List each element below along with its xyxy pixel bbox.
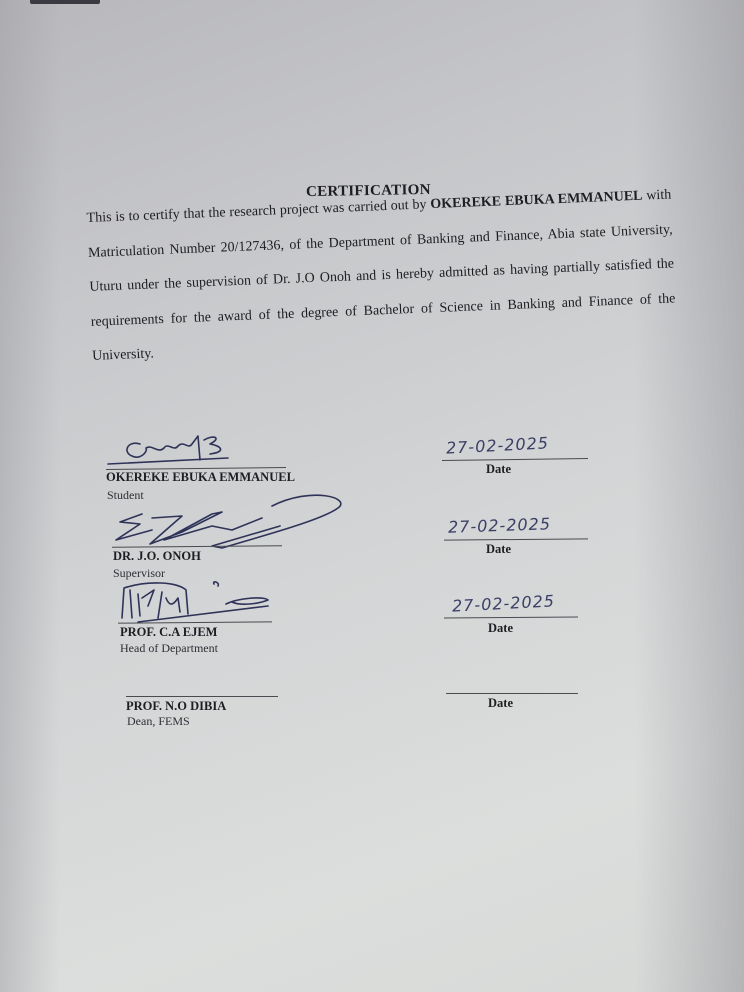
signatory-name-student: OKEREKE EBUKA EMMANUEL	[106, 470, 295, 485]
signatory-role-hod: Head of Department	[120, 641, 218, 656]
signatory-name-dean: PROF. N.O DIBIA	[126, 699, 226, 714]
date-value-student: 27-02-2025	[446, 433, 550, 457]
date-value-supervisor: 27-02-2025	[448, 514, 552, 537]
certification-intro: This is to certify that the research pro…	[86, 197, 430, 226]
certification-page: CERTIFICATION This is to certify that th…	[0, 0, 744, 992]
student-name-inline: OKEREKE EBUKA EMMANUEL	[430, 189, 643, 213]
student-signature	[118, 430, 238, 470]
date-line-hod	[444, 617, 578, 619]
date-label-student: Date	[486, 462, 511, 477]
date-line-student	[442, 458, 588, 461]
date-line-supervisor	[444, 538, 588, 540]
date-label-supervisor: Date	[486, 542, 511, 557]
date-label-hod: Date	[488, 621, 513, 636]
date-line-dean	[446, 693, 578, 694]
certification-text: This is to certify that the research pro…	[86, 179, 677, 375]
signature-line-dean	[126, 696, 278, 697]
signatory-role-dean: Dean, FEMS	[127, 714, 190, 729]
date-value-hod: 27-02-2025	[452, 591, 556, 615]
signatory-name-supervisor: DR. J.O. ONOH	[113, 549, 201, 564]
signatory-name-hod: PROF. C.A EJEM	[120, 625, 217, 640]
date-label-dean: Date	[488, 696, 513, 711]
